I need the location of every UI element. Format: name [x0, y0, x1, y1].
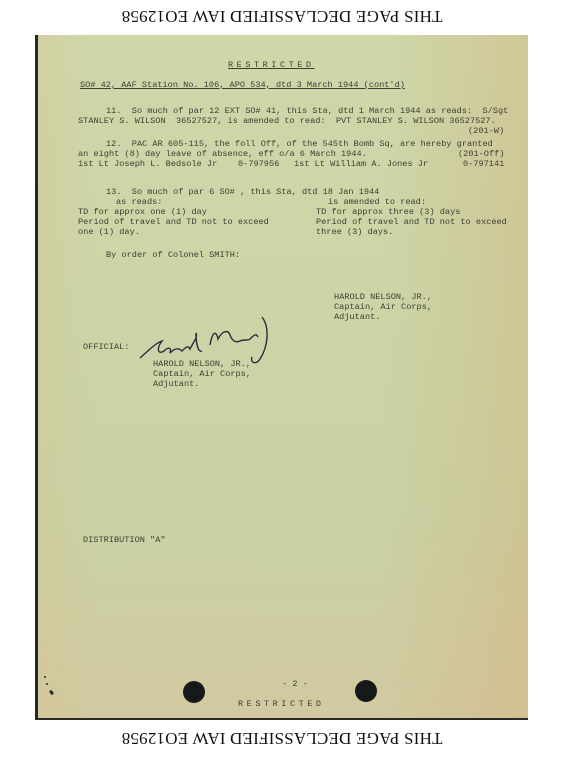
- classification-top: RESTRICTED: [228, 60, 315, 70]
- para11-line1: 11. So much of par 12 EXT SO# 41, this S…: [106, 106, 508, 116]
- para11-ref: (201-W): [468, 126, 504, 136]
- para13-left-line: Period of travel and TD not to exceed: [78, 217, 269, 227]
- para13-right-line: TD for approx three (3) days: [316, 207, 460, 217]
- para13-left-header: as reads:: [116, 197, 162, 207]
- para13-left-line: TD for approx one (1) day: [78, 207, 207, 217]
- classification-bottom: RESTRICTED: [238, 699, 325, 709]
- para13-line1: 13. So much of par 6 SO# , this Sta, dtd…: [106, 187, 379, 197]
- punch-hole-right: [355, 680, 377, 702]
- by-order-line: By order of Colonel SMITH:: [106, 250, 240, 260]
- paper-speck: [49, 690, 54, 696]
- para13-right-header: is amended to read:: [328, 197, 426, 207]
- order-heading: SO# 42, AAF Station No. 106, APO 534, dt…: [80, 80, 405, 90]
- para13-right-line: Period of travel and TD not to exceed: [316, 217, 507, 227]
- official-label: OFFICIAL:: [83, 342, 129, 352]
- para12-line1: 12. PAC AR 605-115, the foll Off, of the…: [106, 139, 493, 149]
- paper-speck: [44, 676, 46, 678]
- signature-left-line: Adjutant.: [153, 379, 199, 389]
- officer-1-serial: 0-797956: [238, 159, 279, 169]
- declassified-banner-top: THIS PAGE DECLASSIFIED IAW EO12958: [0, 6, 564, 26]
- para12-ref: (201-Off): [458, 149, 504, 159]
- signature-right-line: Captain, Air Corps,: [334, 302, 432, 312]
- para13-left-line: one (1) day.: [78, 227, 140, 237]
- para11-line2: STANLEY S. WILSON 36527527, is amended t…: [78, 116, 496, 126]
- punch-hole-left: [183, 681, 205, 703]
- distribution-line: DISTRIBUTION "A": [83, 535, 166, 545]
- officer-2-serial: 0-797141: [463, 159, 504, 169]
- paper-speck: [46, 683, 48, 685]
- officer-2-name: 1st Lt William A. Jones Jr: [294, 159, 428, 169]
- para12-line2: an eight (8) day leave of absence, eff o…: [78, 149, 367, 159]
- handwritten-signature: [138, 313, 273, 373]
- signature-right-line: HAROLD NELSON, JR.,: [334, 292, 432, 302]
- signature-right-line: Adjutant.: [334, 312, 380, 322]
- officer-1-name: 1st Lt Joseph L. Bedsole Jr: [78, 159, 217, 169]
- document-page: RESTRICTED SO# 42, AAF Station No. 106, …: [35, 35, 528, 720]
- para13-right-line: three (3) days.: [316, 227, 393, 237]
- page-number: - 2 -: [282, 679, 308, 689]
- declassified-banner-bottom: THIS PAGE DECLASSIFIED IAW EO12958: [0, 728, 564, 748]
